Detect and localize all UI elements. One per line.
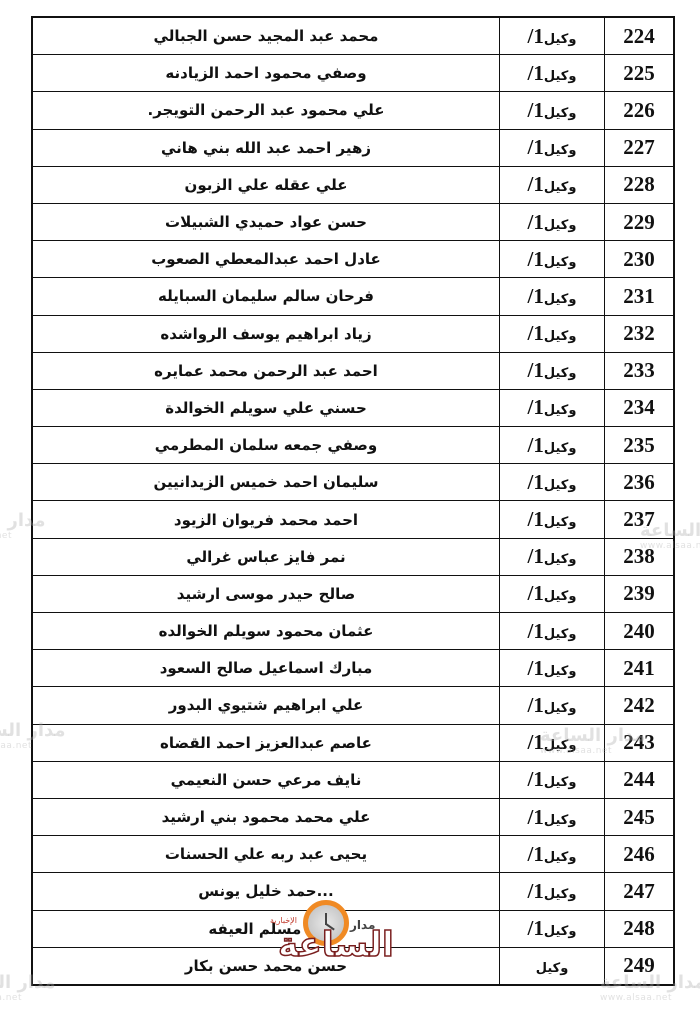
rank-level: 1/: [528, 767, 544, 791]
name-cell: علي محمد محمود بني ارشيد: [32, 798, 500, 835]
table-row: عثمان محمود سويلم الخوالدهوكيل1/240: [32, 613, 674, 650]
rank-word: وكيل: [544, 218, 577, 233]
serial-number-cell: 237: [605, 501, 675, 538]
serial-number-cell: 225: [605, 55, 675, 92]
rank-cell: وكيل1/: [500, 538, 605, 575]
document-page: محمد عبد المجيد حسن الجباليوكيل1/224وصفي…: [0, 0, 700, 1021]
name-cell: عثمان محمود سويلم الخوالده: [32, 613, 500, 650]
rank-word: وكيل: [544, 366, 577, 381]
rank-word: وكيل: [544, 403, 577, 418]
rank-level: 1/: [528, 656, 544, 680]
name-cell: نمر فايز عباس غرالي: [32, 538, 500, 575]
rank-word: وكيل: [544, 664, 577, 679]
rank-word: وكيل: [544, 478, 577, 493]
table-row: علي عقله علي الزبونوكيل1/228: [32, 166, 674, 203]
serial-number-cell: 249: [605, 947, 675, 985]
name-cell: علي عقله علي الزبون: [32, 166, 500, 203]
rank-cell: وكيل1/: [500, 92, 605, 129]
serial-number-cell: 233: [605, 352, 675, 389]
rank-word: وكيل: [544, 701, 577, 716]
rank-cell: وكيل1/: [500, 501, 605, 538]
table-row: ...حمد خليل يونسوكيل1/247: [32, 873, 674, 910]
table-row: وصفي محمود احمد الزيادنهوكيل1/225: [32, 55, 674, 92]
rank-level: 1/: [528, 842, 544, 866]
rank-level: 1/: [528, 507, 544, 531]
rank-cell: وكيل1/: [500, 129, 605, 166]
rank-level: 1/: [528, 210, 544, 234]
table-row: زهير احمد عبد الله بني هانيوكيل1/227: [32, 129, 674, 166]
rank-cell: وكيل1/: [500, 724, 605, 761]
serial-number-cell: 240: [605, 613, 675, 650]
name-cell: ...حمد خليل يونس: [32, 873, 500, 910]
rank-word: وكيل: [544, 589, 577, 604]
rank-cell: وكيل1/: [500, 203, 605, 240]
rank-level: 1/: [528, 805, 544, 829]
rank-level: 1/: [528, 395, 544, 419]
rank-word: وكيل: [544, 627, 577, 642]
serial-number-cell: 241: [605, 650, 675, 687]
serial-number-cell: 245: [605, 798, 675, 835]
table-row: ... مسلم العيفهوكيل1/248: [32, 910, 674, 947]
name-cell: فرحان سالم سليمان السبايله: [32, 278, 500, 315]
rank-cell: وكيل1/: [500, 464, 605, 501]
serial-number-cell: 229: [605, 203, 675, 240]
rank-level: 1/: [528, 916, 544, 940]
table-row: مبارك اسماعيل صالح السعودوكيل1/241: [32, 650, 674, 687]
serial-number-cell: 248: [605, 910, 675, 947]
rank-cell: وكيل1/: [500, 352, 605, 389]
name-cell: عادل احمد عبدالمعطي الصعوب: [32, 241, 500, 278]
name-cell: علي محمود عبد الرحمن التويجر.: [32, 92, 500, 129]
serial-number-cell: 244: [605, 761, 675, 798]
rank-word: وكيل: [544, 32, 577, 47]
name-cell: يحيى عبد ربه علي الحسنات: [32, 836, 500, 873]
table-row: صالح حيدر موسى ارشيدوكيل1/239: [32, 575, 674, 612]
serial-number-cell: 242: [605, 687, 675, 724]
rank-level: 1/: [528, 693, 544, 717]
rank-word: وكيل: [536, 961, 569, 976]
table-row: حسن محمد حسن بكاروكيل249: [32, 947, 674, 985]
rank-level: 1/: [528, 247, 544, 271]
table-row: حسني علي سويلم الخوالدةوكيل1/234: [32, 389, 674, 426]
table-row: علي ابراهيم شتيوي البدوروكيل1/242: [32, 687, 674, 724]
name-cell: مبارك اسماعيل صالح السعود: [32, 650, 500, 687]
table-row: يحيى عبد ربه علي الحسناتوكيل1/246: [32, 836, 674, 873]
table-row: عادل احمد عبدالمعطي الصعوبوكيل1/230: [32, 241, 674, 278]
serial-number-cell: 228: [605, 166, 675, 203]
rank-level: 1/: [528, 879, 544, 903]
rank-level: 1/: [528, 358, 544, 382]
name-cell: حسن محمد حسن بكار: [32, 947, 500, 985]
rank-level: 1/: [528, 321, 544, 345]
name-cell: احمد محمد فريوان الزيود: [32, 501, 500, 538]
name-cell: علي ابراهيم شتيوي البدور: [32, 687, 500, 724]
rank-level: 1/: [528, 581, 544, 605]
rank-word: وكيل: [544, 441, 577, 456]
table-row: علي محمود عبد الرحمن التويجر.وكيل1/226: [32, 92, 674, 129]
name-cell: نايف مرعي حسن النعيمي: [32, 761, 500, 798]
rank-word: وكيل: [544, 143, 577, 158]
name-cell: محمد عبد المجيد حسن الجبالي: [32, 17, 500, 55]
rank-word: وكيل: [544, 255, 577, 270]
rank-cell: وكيل1/: [500, 575, 605, 612]
name-cell: صالح حيدر موسى ارشيد: [32, 575, 500, 612]
rank-cell: وكيل1/: [500, 910, 605, 947]
serial-number-cell: 246: [605, 836, 675, 873]
name-cell: زهير احمد عبد الله بني هاني: [32, 129, 500, 166]
rank-word: وكيل: [544, 738, 577, 753]
rank-cell: وكيل1/: [500, 798, 605, 835]
rank-word: وكيل: [544, 69, 577, 84]
rank-level: 1/: [528, 284, 544, 308]
rank-cell: وكيل1/: [500, 613, 605, 650]
personnel-table: محمد عبد المجيد حسن الجباليوكيل1/224وصفي…: [31, 16, 675, 986]
serial-number-cell: 236: [605, 464, 675, 501]
table-row: سليمان احمد خميس الزيدانيينوكيل1/236: [32, 464, 674, 501]
rank-word: وكيل: [544, 924, 577, 939]
serial-number-cell: 231: [605, 278, 675, 315]
rank-level: 1/: [528, 730, 544, 754]
rank-level: 1/: [528, 98, 544, 122]
rank-word: وكيل: [544, 329, 577, 344]
rank-cell: وكيل1/: [500, 17, 605, 55]
serial-number-cell: 238: [605, 538, 675, 575]
rank-cell: وكيل1/: [500, 761, 605, 798]
name-cell: ... مسلم العيفه: [32, 910, 500, 947]
rank-word: وكيل: [544, 887, 577, 902]
table-row: علي محمد محمود بني ارشيدوكيل1/245: [32, 798, 674, 835]
table-row: نايف مرعي حسن النعيميوكيل1/244: [32, 761, 674, 798]
rank-cell: وكيل: [500, 947, 605, 985]
name-cell: وصفي محمود احمد الزيادنه: [32, 55, 500, 92]
name-cell: سليمان احمد خميس الزيدانيين: [32, 464, 500, 501]
serial-number-cell: 243: [605, 724, 675, 761]
rank-cell: وكيل1/: [500, 873, 605, 910]
table-row: حسن عواد حميدي الشبيلاتوكيل1/229: [32, 203, 674, 240]
serial-number-cell: 230: [605, 241, 675, 278]
rank-level: 1/: [528, 135, 544, 159]
table-row: وصفي جمعه سلمان المطرميوكيل1/235: [32, 427, 674, 464]
rank-word: وكيل: [544, 292, 577, 307]
rank-level: 1/: [528, 470, 544, 494]
name-cell: زياد ابراهيم يوسف الرواشده: [32, 315, 500, 352]
rank-cell: وكيل1/: [500, 241, 605, 278]
rank-cell: وكيل1/: [500, 836, 605, 873]
table-row: زياد ابراهيم يوسف الرواشدهوكيل1/232: [32, 315, 674, 352]
serial-number-cell: 234: [605, 389, 675, 426]
rank-cell: وكيل1/: [500, 427, 605, 464]
table-row: فرحان سالم سليمان السبايلهوكيل1/231: [32, 278, 674, 315]
rank-word: وكيل: [544, 515, 577, 530]
rank-level: 1/: [528, 172, 544, 196]
rank-cell: وكيل1/: [500, 687, 605, 724]
rank-level: 1/: [528, 433, 544, 457]
rank-word: وكيل: [544, 180, 577, 195]
serial-number-cell: 235: [605, 427, 675, 464]
rank-cell: وكيل1/: [500, 315, 605, 352]
rank-cell: وكيل1/: [500, 389, 605, 426]
rank-cell: وكيل1/: [500, 278, 605, 315]
rank-level: 1/: [528, 61, 544, 85]
name-cell: عاصم عبدالعزيز احمد القضاه: [32, 724, 500, 761]
serial-number-cell: 226: [605, 92, 675, 129]
table-row: احمد عبد الرحمن محمد عمايرهوكيل1/233: [32, 352, 674, 389]
rank-word: وكيل: [544, 850, 577, 865]
name-cell: حسني علي سويلم الخوالدة: [32, 389, 500, 426]
rank-word: وكيل: [544, 552, 577, 567]
serial-number-cell: 239: [605, 575, 675, 612]
serial-number-cell: 224: [605, 17, 675, 55]
rank-cell: وكيل1/: [500, 166, 605, 203]
serial-number-cell: 227: [605, 129, 675, 166]
table-row: محمد عبد المجيد حسن الجباليوكيل1/224: [32, 17, 674, 55]
rank-cell: وكيل1/: [500, 650, 605, 687]
rank-level: 1/: [528, 24, 544, 48]
rank-word: وكيل: [544, 813, 577, 828]
name-cell: احمد عبد الرحمن محمد عمايره: [32, 352, 500, 389]
rank-cell: وكيل1/: [500, 55, 605, 92]
table-row: نمر فايز عباس غراليوكيل1/238: [32, 538, 674, 575]
table-row: احمد محمد فريوان الزيودوكيل1/237: [32, 501, 674, 538]
rank-word: وكيل: [544, 775, 577, 790]
serial-number-cell: 232: [605, 315, 675, 352]
table-row: عاصم عبدالعزيز احمد القضاهوكيل1/243: [32, 724, 674, 761]
name-cell: وصفي جمعه سلمان المطرمي: [32, 427, 500, 464]
rank-word: وكيل: [544, 106, 577, 121]
rank-level: 1/: [528, 619, 544, 643]
serial-number-cell: 247: [605, 873, 675, 910]
name-cell: حسن عواد حميدي الشبيلات: [32, 203, 500, 240]
rank-level: 1/: [528, 544, 544, 568]
